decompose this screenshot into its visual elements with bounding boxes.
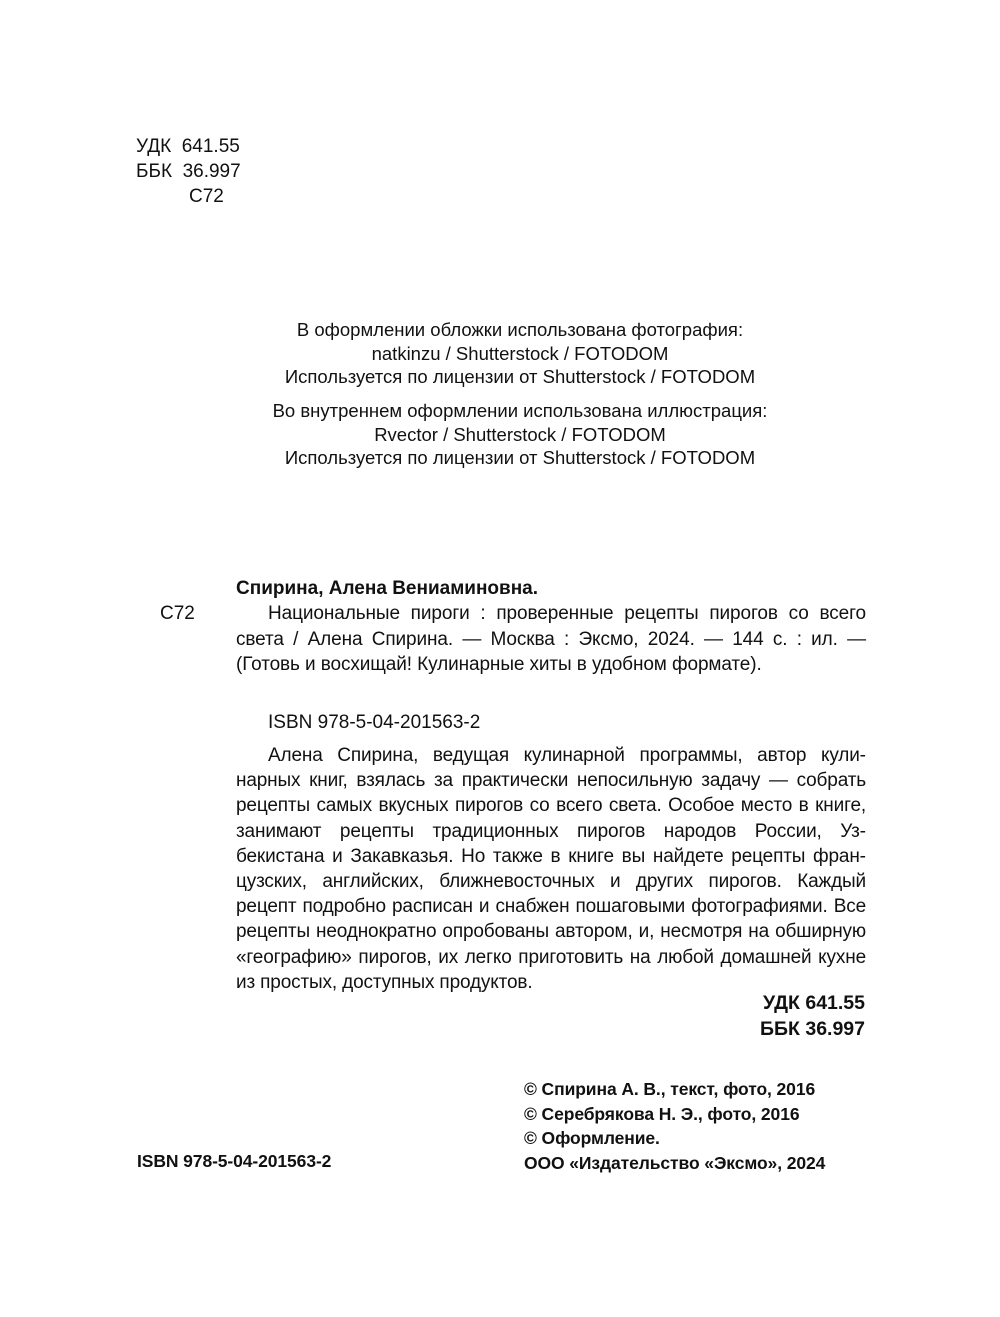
isbn-footer: ISBN 978-5-04-201563-2: [137, 1151, 331, 1172]
copyright-block: © Спирина А. В., текст, фото, 2016 © Сер…: [524, 1077, 825, 1175]
udk-footer: УДК 641.55: [760, 990, 865, 1016]
author-sign: С72: [136, 186, 241, 211]
isbn-record: ISBN 978-5-04-201563-2: [268, 712, 480, 734]
author-sign-side: С72: [160, 603, 195, 625]
annotation: Алена Спирина, ведущая кулинарной програ…: [236, 743, 866, 995]
cover-photo-credits: В оформлении обложки использована фотогр…: [180, 318, 860, 389]
bbk-row: ББК 36.997: [136, 161, 241, 186]
udk-row: УДК 641.55: [136, 136, 241, 161]
bbk-footer: ББК 36.997: [760, 1016, 865, 1042]
classification-header: УДК 641.55 ББК 36.997 С72: [136, 136, 241, 211]
bibliographic-description: Национальные пироги : проверенные рецепт…: [236, 601, 866, 678]
classification-footer: УДК 641.55 ББК 36.997: [760, 990, 865, 1042]
author-heading: Спирина, Алена Вениаминовна.: [236, 578, 538, 600]
interior-illustration-credits: Во внутреннем оформлении использована ил…: [180, 399, 860, 470]
